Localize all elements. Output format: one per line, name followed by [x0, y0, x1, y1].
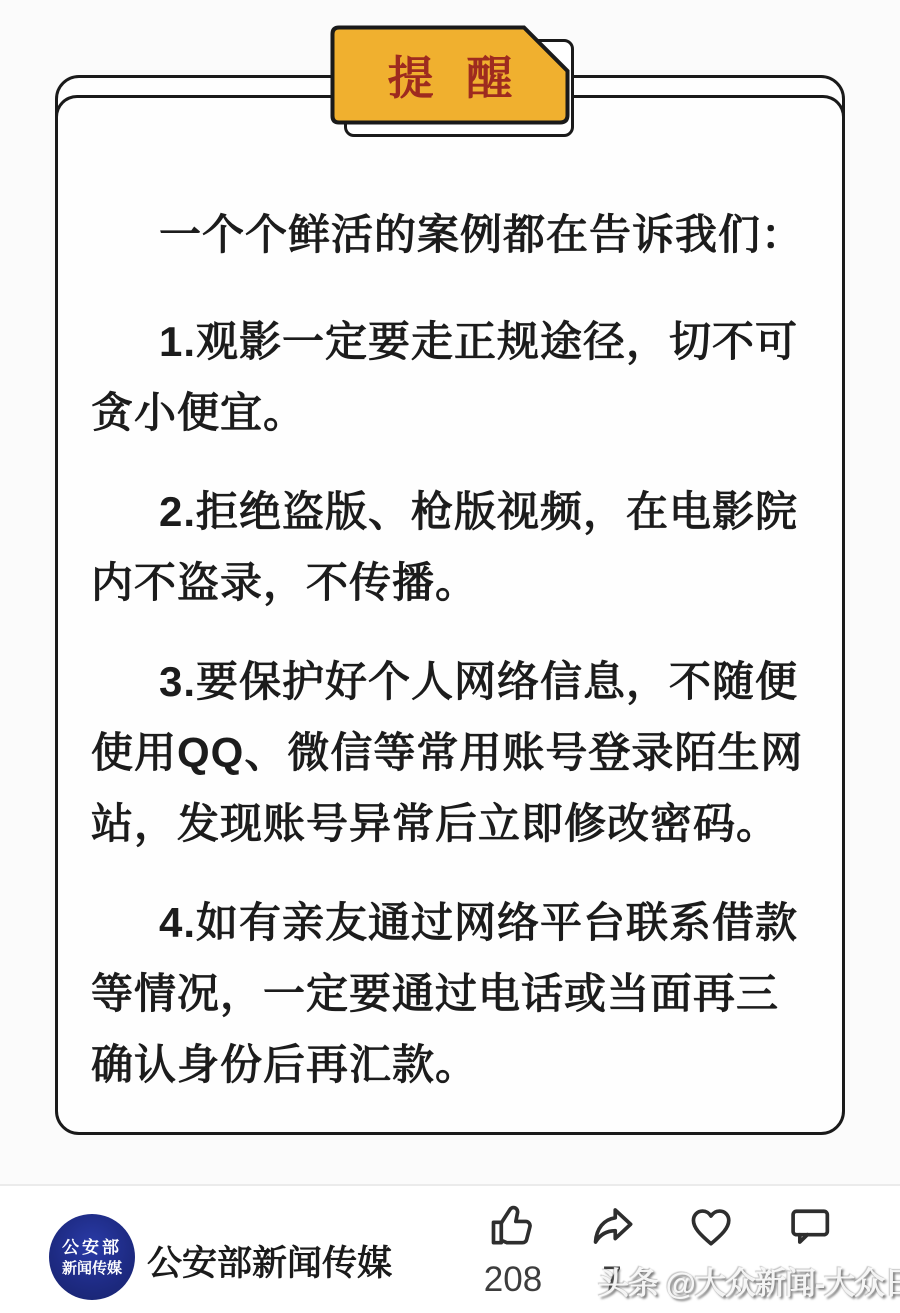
reminder-tab: 提 醒 [330, 25, 570, 125]
tip-1: 1.观影一定要走正规途径，切不可贪小便宜。 [91, 306, 815, 448]
tip-4: 4.如有亲友通过网络平台联系借款等情况，一定要通过电话或当面再三确认身份后再汇款… [91, 887, 815, 1100]
watermark: 头条 @大众新闻-大众日报 [598, 1258, 900, 1303]
like-button[interactable]: 208 [485, 1200, 541, 1300]
avatar-text-line1: 公安部 [62, 1237, 122, 1259]
reminder-card: 一个个鲜活的案例都在告诉我们： 1.观影一定要走正规途径，切不可贪小便宜。 2.… [55, 75, 845, 1135]
avatar[interactable]: 公安部 新闻传媒 [49, 1214, 135, 1300]
like-count: 208 [484, 1260, 542, 1300]
heart-icon [685, 1200, 737, 1252]
intro-text: 一个个鲜活的案例都在告诉我们： [91, 199, 815, 270]
tab-title: 提 醒 [330, 25, 570, 125]
share-arrow-icon [586, 1200, 638, 1252]
post-image: 一个个鲜活的案例都在告诉我们： 1.观影一定要走正规途径，切不可贪小便宜。 2.… [0, 0, 900, 1313]
comment-icon [784, 1200, 836, 1252]
account-name[interactable]: 公安部新闻传媒 [147, 1236, 392, 1286]
avatar-text-line2: 新闻传媒 [62, 1259, 122, 1278]
footer-bar: 公安部 新闻传媒 公安部新闻传媒 208 7 [0, 1186, 900, 1313]
thumbs-up-icon [487, 1200, 539, 1252]
tip-2: 2.拒绝盗版、枪版视频，在电影院内不盗录，不传播。 [91, 476, 815, 618]
card-body: 一个个鲜活的案例都在告诉我们： 1.观影一定要走正规途径，切不可贪小便宜。 2.… [91, 199, 815, 1128]
tip-3: 3.要保护好个人网络信息，不随便使用QQ、微信等常用账号登录陌生网站，发现账号异… [91, 646, 815, 859]
